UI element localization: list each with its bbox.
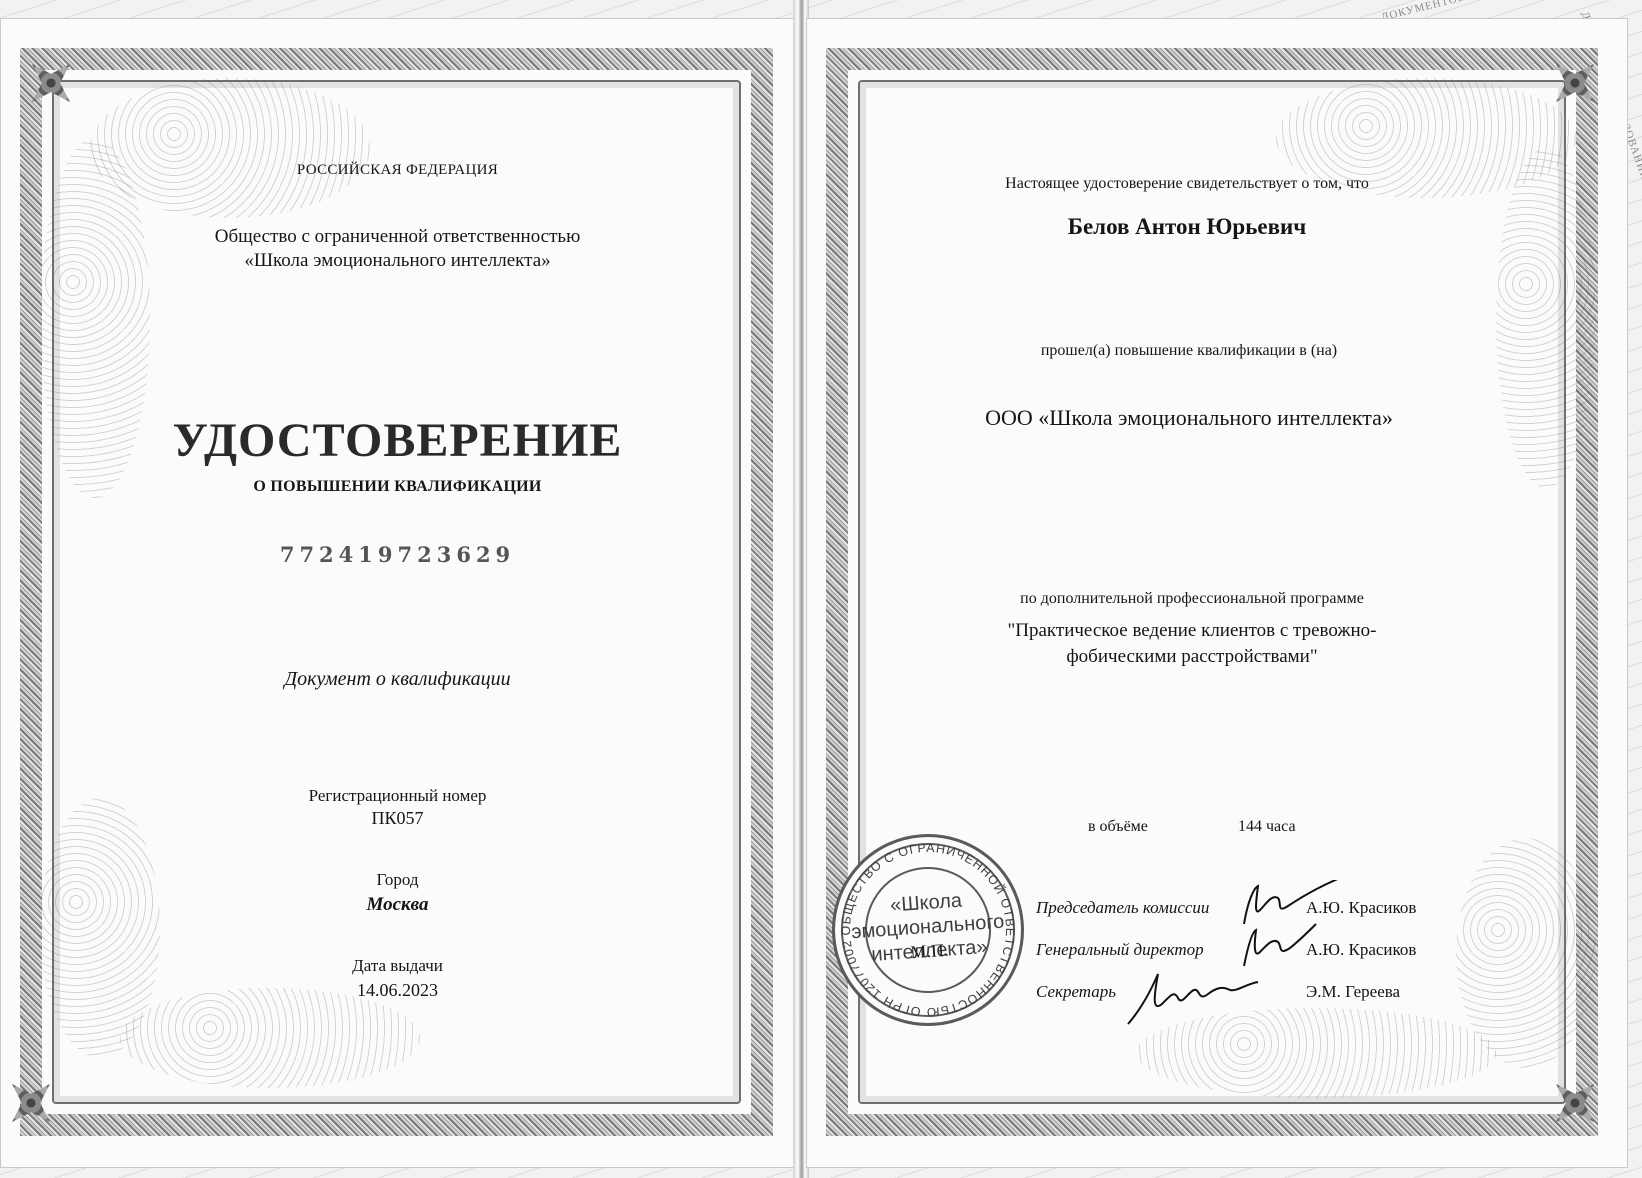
institution-name: ООО «Школа эмоционального интеллекта»	[806, 405, 1572, 431]
passed-text: прошел(а) повышение квалификации в (на)	[806, 342, 1572, 360]
certificate-left-page: РОССИЙСКАЯ ФЕДЕРАЦИЯ Общество с ограниче…	[0, 18, 795, 1168]
signatory-name: Э.М. Гереева	[1306, 982, 1400, 1002]
issue-date-label: Дата выдачи	[0, 956, 795, 976]
document-type: Документ о квалификации	[0, 668, 795, 691]
signature-row-chairman: Председатель комиссии А.Ю. Красиков	[1036, 898, 1456, 924]
registration-number: ПК057	[0, 808, 795, 829]
volume-label: в объёме	[1088, 818, 1148, 836]
country-heading: РОССИЙСКАЯ ФЕДЕРАЦИЯ	[0, 162, 795, 179]
holder-name: Белов Антон Юрьевич	[806, 214, 1568, 240]
certificate-right-page: Настоящее удостоверение свидетельствует …	[806, 18, 1628, 1168]
signatory-name: А.Ю. Красиков	[1306, 940, 1416, 960]
signature-row-director: Генеральный директор А.Ю. Красиков	[1036, 940, 1456, 966]
signatory-role: Генеральный директор	[1036, 940, 1204, 960]
organization-line-2: «Школа эмоционального интеллекта»	[0, 250, 795, 272]
signatory-role: Председатель комиссии	[1036, 898, 1209, 918]
program-title-line-2: фобическими расстройствами"	[806, 646, 1578, 668]
volume-value: 144 часа	[1238, 818, 1296, 836]
signatory-name: А.Ю. Красиков	[1306, 898, 1416, 918]
issue-date: 14.06.2023	[0, 980, 795, 1001]
certificate-intro: Настоящее удостоверение свидетельствует …	[806, 175, 1568, 193]
program-title-line-1: "Практическое ведение клиентов с тревожн…	[806, 620, 1578, 642]
program-label: по дополнительной профессиональной прогр…	[806, 590, 1578, 608]
city-label: Город	[0, 870, 795, 890]
document-subtitle: О ПОВЫШЕНИИ КВАЛИФИКАЦИИ	[0, 478, 795, 496]
signature-row-secretary: Секретарь Э.М. Гереева	[1036, 982, 1456, 1008]
signatory-role: Секретарь	[1036, 982, 1116, 1002]
organization-line-1: Общество с ограниченной ответственностью	[0, 226, 795, 248]
serial-number: 772419723629	[0, 542, 795, 567]
city-value: Москва	[0, 894, 795, 916]
registration-number-label: Регистрационный номер	[0, 786, 795, 806]
document-title: УДОСТОВЕРЕНИЕ	[0, 413, 795, 468]
handwritten-signature-icon	[1122, 968, 1262, 1028]
organization-stamp: ОБЩЕСТВО С ОГРАНИЧЕННОЙ ОТВЕТСТВЕННОСТЬЮ…	[826, 828, 1031, 1033]
